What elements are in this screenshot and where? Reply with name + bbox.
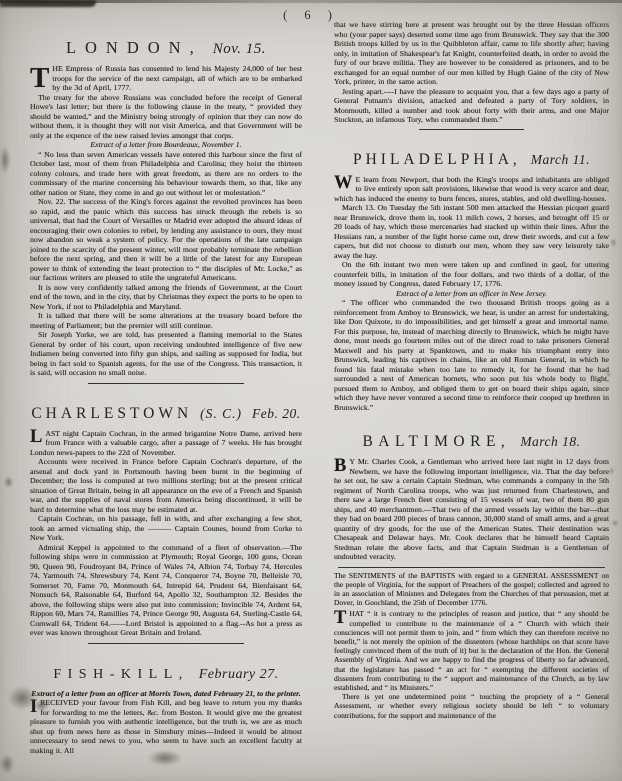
extract-line: Extract of a letter from an officer in N… [334, 289, 609, 299]
right-column: that we have stirring here at present wa… [334, 20, 609, 720]
smudge [612, 520, 618, 526]
paragraph-text: Y Mr. Charles Cook, a Gentleman who arri… [334, 457, 609, 561]
london-date: Nov. 15. [213, 41, 266, 57]
london-headline: LONDON, Nov. 15. [30, 24, 302, 61]
paragraph: that we have stirring here at present wa… [334, 20, 609, 87]
dropcap: W [334, 175, 353, 192]
paragraph: BY Mr. Charles Cook, a Gentleman who arr… [334, 457, 609, 562]
paragraph: The treaty for the above Russians was co… [30, 93, 302, 141]
philadelphia-date: March 11. [531, 152, 590, 167]
extract-line: Extract of a letter from Bourdeaux, Nove… [30, 140, 302, 150]
article-baltimore: BALTIMORE, March 18. BY Mr. Charles Cook… [334, 417, 609, 562]
baltimore-date: March 18. [520, 434, 580, 449]
section-divider [419, 129, 524, 130]
paragraph: March 13. On Tuesday the 5th instant 500… [334, 203, 609, 260]
article-fishkill-continuation: that we have stirring here at present wa… [334, 20, 609, 125]
paragraph: Jesting apart.----I have the pleasure to… [334, 87, 609, 125]
dropcap: B [334, 458, 346, 475]
paragraph-text: HE Empress of Russia has consented to le… [52, 64, 302, 92]
charlestown-headline: CHARLESTOWN (S. C.) Feb. 20. [30, 389, 302, 426]
paragraph: THAT “ it is contrary to the principles … [334, 609, 609, 692]
paragraph: “ No less than seven American vessels ha… [30, 150, 302, 198]
newspaper-page: ( 6 ) LONDON, Nov. 15. THE Empress of Ru… [0, 0, 622, 781]
smudge [0, 754, 14, 774]
charlestown-city: CHARLESTOWN [31, 405, 192, 422]
article-charlestown: CHARLESTOWN (S. C.) Feb. 20. LAST night … [30, 389, 302, 638]
charlestown-state: (S. C.) [200, 406, 242, 421]
article-philadelphia: PHILADELPHIA, March 11. WE learn from Ne… [334, 135, 609, 413]
section-divider [88, 383, 243, 384]
paragraph: Nov. 22. The success of the King's force… [30, 197, 302, 283]
baltimore-headline: BALTIMORE, March 18. [334, 417, 609, 454]
section-divider [338, 567, 605, 568]
philadelphia-headline: PHILADELPHIA, March 11. [334, 135, 609, 172]
paragraph: LAST night Captain Cochran, in the armed… [30, 429, 302, 458]
smudge [0, 146, 10, 174]
paragraph-text: RECEIVED your favour from Fish Kill, and… [30, 698, 302, 755]
paragraph-text: E learn from Newport, that both the King… [334, 175, 609, 203]
charlestown-date: Feb. 20. [252, 406, 301, 421]
dropcap: T [30, 65, 49, 91]
paragraph-text: AST night Captain Cochran, in the armed … [30, 429, 302, 457]
london-city: LONDON, [66, 38, 203, 57]
fishkill-date: February 27. [199, 667, 279, 682]
extract-line: Extract of a letter from an officer at M… [30, 689, 302, 699]
paragraph: WE learn from Newport, that both the Kin… [334, 175, 609, 204]
baltimore-city: BALTIMORE, [362, 433, 510, 450]
paragraph: Accounts were received in France before … [30, 457, 302, 514]
paragraph: “ The officer who commanded the two thou… [334, 298, 609, 412]
smudge [611, 238, 616, 247]
article-baptist-sentiments: The SENTIMENTS of the BAPTISTS with rega… [334, 571, 609, 720]
section-divider [88, 643, 243, 644]
fishkill-headline: FISH-KILL, February 27. [30, 649, 302, 686]
scan-artifact-top-blob [0, 0, 96, 7]
paragraph: On the 6th instant two men were taken up… [334, 260, 609, 289]
left-column: LONDON, Nov. 15. THE Empress of Russia h… [30, 24, 302, 755]
smudge [4, 476, 13, 488]
paragraph: THE Empress of Russia has consented to l… [30, 64, 302, 93]
fishkill-city: FISH-KILL, [53, 667, 188, 682]
philadelphia-city: PHILADELPHIA, [353, 151, 521, 168]
paragraph: There is yet one undetermined point “ to… [334, 692, 609, 720]
paragraph: It is now very confidently talked among … [30, 283, 302, 312]
dropcap: T [334, 610, 346, 627]
dropcap: L [30, 429, 42, 446]
paragraph-text: HAT “ it is contrary to the principles o… [334, 609, 609, 692]
article-london: LONDON, Nov. 15. THE Empress of Russia h… [30, 24, 302, 378]
dropcap: I [30, 699, 37, 716]
paragraph: The SENTIMENTS of the BAPTISTS with rega… [334, 571, 609, 608]
paragraph: Sir Joseph Yorke, we are told, has prese… [30, 330, 302, 378]
paragraph: Captain Cochran, on his passage, fell in… [30, 514, 302, 543]
paragraph: It is talked that there will be some alt… [30, 311, 302, 330]
paragraph: IRECEIVED your favour from Fish Kill, an… [30, 698, 302, 755]
paragraph: Admiral Keppel is appointed to the comma… [30, 543, 302, 638]
article-fishkill: FISH-KILL, February 27. Extract of a let… [30, 649, 302, 756]
smudge [609, 468, 614, 474]
